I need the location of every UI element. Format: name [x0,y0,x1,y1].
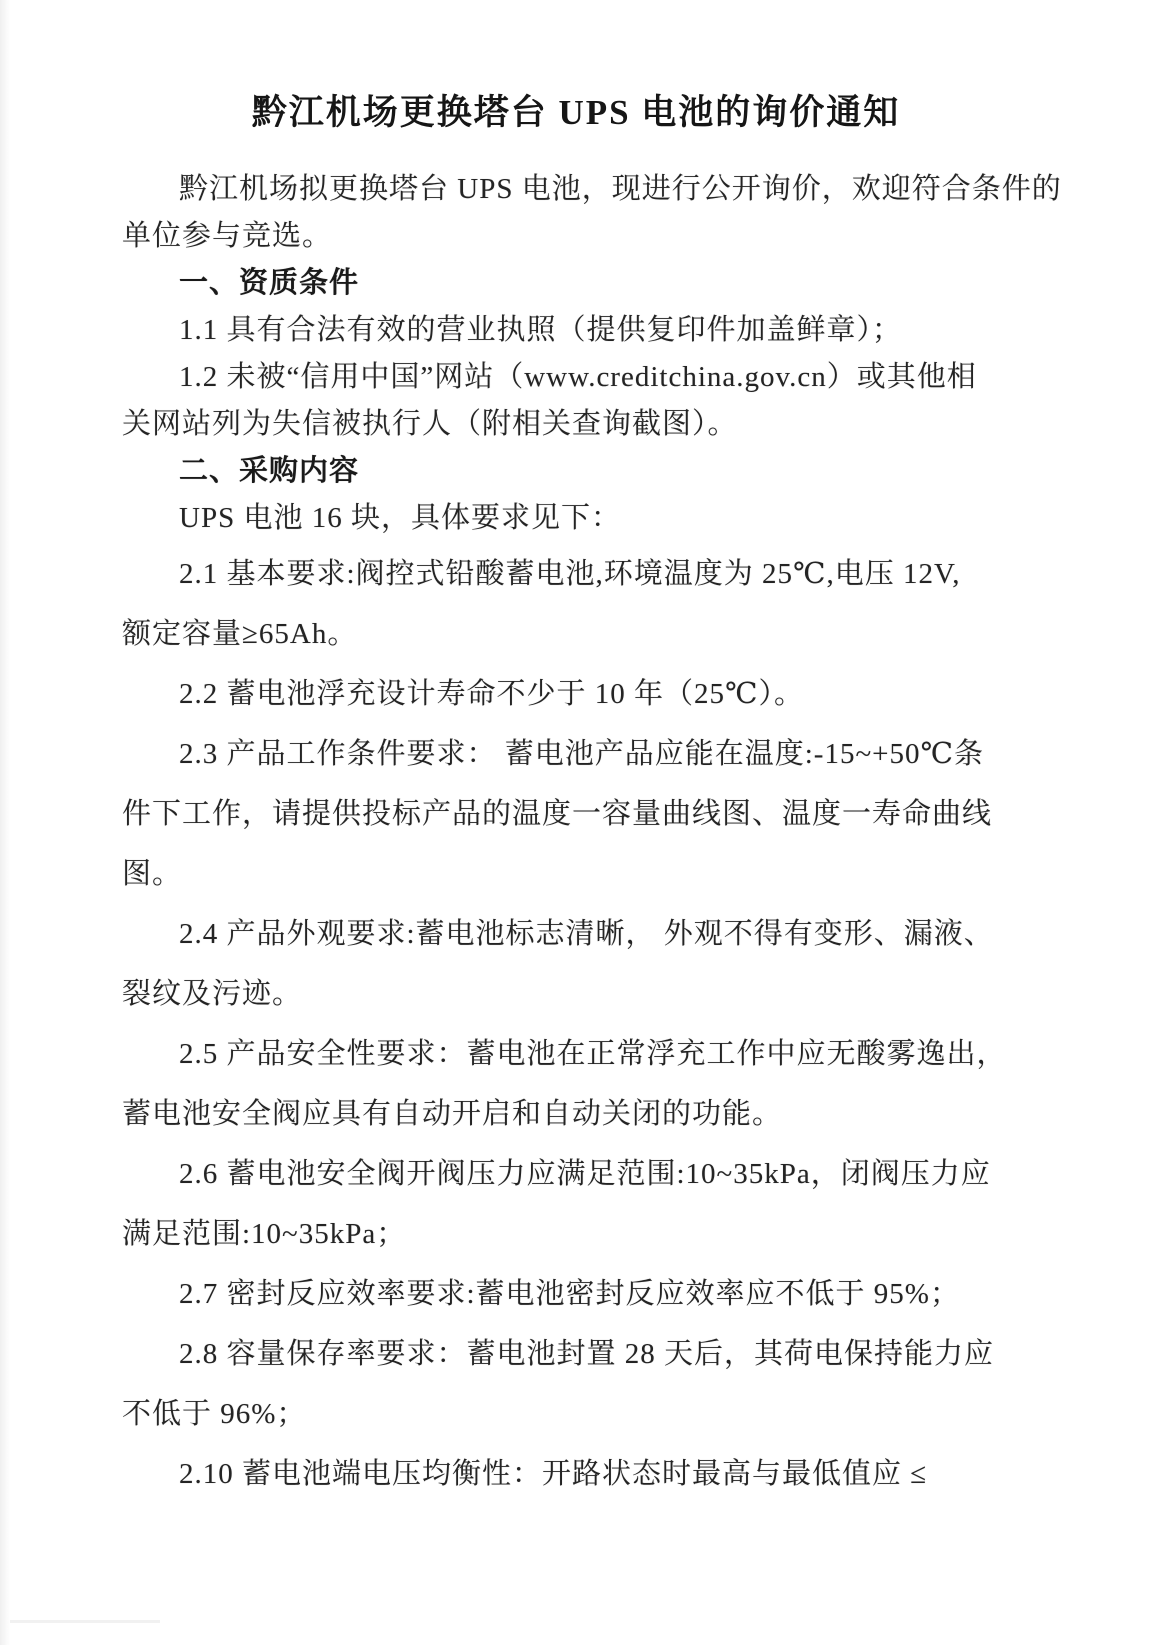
scan-edge-left [0,0,10,1645]
doc-line-2-4: 2.4 产品外观要求:蓄电池标志清晰， 外观不得有变形、漏液、 [122,904,1092,964]
doc-line-1-2-cont: 关网站列为失信被执行人（附相关查询截图）。 [122,401,1092,448]
doc-line-2-4-cont: 裂纹及污迹。 [122,964,1092,1024]
doc-title: 黔江机场更换塔台 UPS 电池的询价通知 [60,88,1092,138]
doc-line-2-1: 2.1 基本要求:阀控式铅酸蓄电池,环境温度为 25℃,电压 12V, [122,544,1092,604]
doc-line-2-8: 2.8 容量保存率要求：蓄电池封置 28 天后，其荷电保持能力应 [122,1324,1092,1384]
doc-line-2-6-cont: 满足范围:10~35kPa； [122,1204,1092,1264]
doc-line-2-10: 2.10 蓄电池端电压均衡性：开路状态时最高与最低值应 ≤ [122,1444,1092,1504]
doc-line-2-5: 2.5 产品安全性要求：蓄电池在正常浮充工作中应无酸雾逸出， [122,1024,1092,1084]
intro-and-qualifications: 黔江机场拟更换塔台 UPS 电池，现进行公开询价，欢迎符合条件的 单位参与竞选。… [122,166,1092,542]
doc-line-2-5-cont: 蓄电池安全阀应具有自动开启和自动关闭的功能。 [122,1084,1092,1144]
doc-line-1-1: 1.1 具有合法有效的营业执照（提供复印件加盖鲜章）； [122,307,1092,354]
document-page: 黔江机场更换塔台 UPS 电池的询价通知 黔江机场拟更换塔台 UPS 电池，现进… [0,0,1152,1645]
doc-line-2-2: 2.2 蓄电池浮充设计寿命不少于 10 年（25℃）。 [122,664,1092,724]
section-heading-procurement: 二、采购内容 [122,448,1092,495]
doc-line-2-3-cont: 件下工作，请提供投标产品的温度一容量曲线图、温度一寿命曲线 [122,784,1092,844]
doc-line-2-1-cont: 额定容量≥65Ah。 [122,604,1092,664]
scan-edge-bottom [10,1620,160,1623]
doc-line-summary: UPS 电池 16 块，具体要求见下： [122,495,1092,542]
doc-line-2-8-cont: 不低于 96%； [122,1384,1092,1444]
doc-line-2-6: 2.6 蓄电池安全阀开阀压力应满足范围:10~35kPa，闭阀压力应 [122,1144,1092,1204]
procurement-requirements: 2.1 基本要求:阀控式铅酸蓄电池,环境温度为 25℃,电压 12V, 额定容量… [122,544,1092,1504]
doc-line-2-3: 2.3 产品工作条件要求： 蓄电池产品应能在温度:-15~+50℃条 [122,724,1092,784]
section-heading-qualifications: 一、资质条件 [122,260,1092,307]
doc-line-2-3-cont2: 图。 [122,844,1092,904]
intro-line: 黔江机场拟更换塔台 UPS 电池，现进行公开询价，欢迎符合条件的 [122,166,1092,213]
intro-line: 单位参与竞选。 [122,213,1092,260]
doc-line-1-2: 1.2 未被“信用中国”网站（www.creditchina.gov.cn）或其… [122,354,1092,401]
doc-line-2-7: 2.7 密封反应效率要求:蓄电池密封反应效率应不低于 95%； [122,1264,1092,1324]
